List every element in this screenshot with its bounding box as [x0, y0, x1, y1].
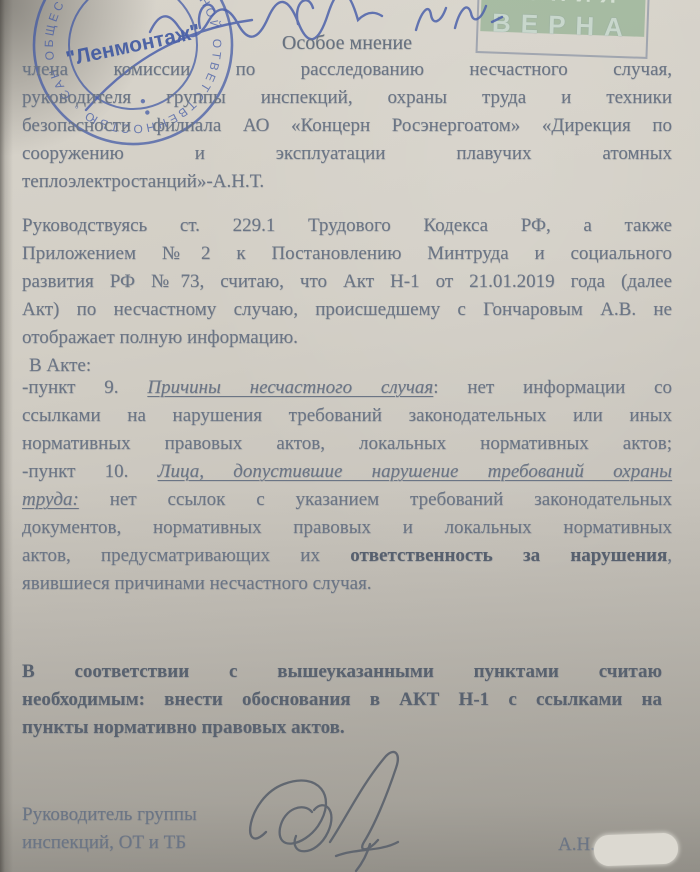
text-segment: -пункт 9.: [22, 377, 147, 398]
role-line: инспекций, ОТ и ТБ: [22, 829, 197, 857]
text-line: ссылками на нарушения требований законод…: [22, 402, 672, 430]
text-line: пункты нормативно правовых актов.: [22, 714, 662, 742]
text-line: Руководствуясь ст. 229.1 Трудового Кодек…: [22, 212, 672, 240]
text-line: -пункт 9. Причины несчастного случая: не…: [22, 374, 672, 402]
text-line: безопасности филиала АО «Концерн Росэнер…: [22, 112, 672, 140]
text-line: Приложением №2 к Постановлению Минтруда …: [22, 240, 672, 268]
text-line: руководителя группы инспекций, охраны тр…: [22, 84, 672, 112]
text-line: документов, нормативных правовых и локал…: [22, 514, 672, 542]
text-line: В соответствии с вышеуказанными пунктами…: [22, 658, 662, 686]
text-segment: актов, предусматривающих их: [22, 545, 350, 566]
document-title: Особое мнение: [22, 30, 672, 56]
text-segment: ,: [667, 545, 672, 566]
document-page: ОБЩЕСТВО С ОГРАНИЧЕННОЙ ОТВЕТСТВЕННОСТЬЮ…: [0, 0, 700, 872]
paragraph-basis: Руководствуясь ст. 229.1 Трудового Кодек…: [22, 212, 672, 380]
redaction-blob: [593, 833, 678, 867]
paragraph-preamble: члена комиссии по расследованию несчастн…: [22, 56, 672, 196]
text-segment: -пункт 10.: [22, 461, 158, 482]
text-line: Акт) по несчастному случаю, происшедшему…: [22, 296, 672, 324]
signatory-role: Руководитель группы инспекций, ОТ и ТБ: [22, 801, 197, 857]
role-line: Руководитель группы: [22, 801, 197, 829]
text-segment-bold: ответственность за нарушения: [350, 545, 667, 566]
text-line: теплоэлектростанций»-А.Н.Т.: [22, 168, 672, 196]
text-line: члена комиссии по расследованию несчастн…: [22, 56, 672, 84]
text-line: сооружению и эксплуатации плавучих атомн…: [22, 140, 672, 168]
text-segment-underlined: труда:: [22, 489, 79, 510]
text-line: актов, предусматривающих их ответственно…: [22, 542, 672, 570]
text-line: явившиеся причинами несчастного случая.: [22, 570, 672, 598]
paragraph-conclusion: В соответствии с вышеуказанными пунктами…: [22, 658, 662, 742]
handwritten-signature-bottom: [238, 740, 443, 872]
text-line: отображает полную информацию.: [22, 324, 672, 352]
text-segment: нет ссылок с указанием требований законо…: [79, 489, 672, 510]
text-line: необходимым: внести обоснования в АКТ Н-…: [22, 686, 662, 714]
text-line: труда: нет ссылок с указанием требований…: [22, 486, 672, 514]
text-segment-underlined: Лица, допустившие нарушение требований о…: [158, 461, 672, 482]
signatory-initials: А.Н.: [558, 831, 595, 859]
text-segment: : нет информации со: [433, 377, 672, 398]
text-line: нормативных правовых актов, локальных но…: [22, 430, 672, 458]
paragraph-items: -пункт 9. Причины несчастного случая: не…: [22, 374, 672, 598]
text-line: развития РФ №73, считаю, что Акт Н-1 от …: [22, 268, 672, 296]
text-line: -пункт 10. Лица, допустившие нарушение т…: [22, 458, 672, 486]
text-segment-underlined: Причины несчастного случая: [147, 377, 433, 398]
